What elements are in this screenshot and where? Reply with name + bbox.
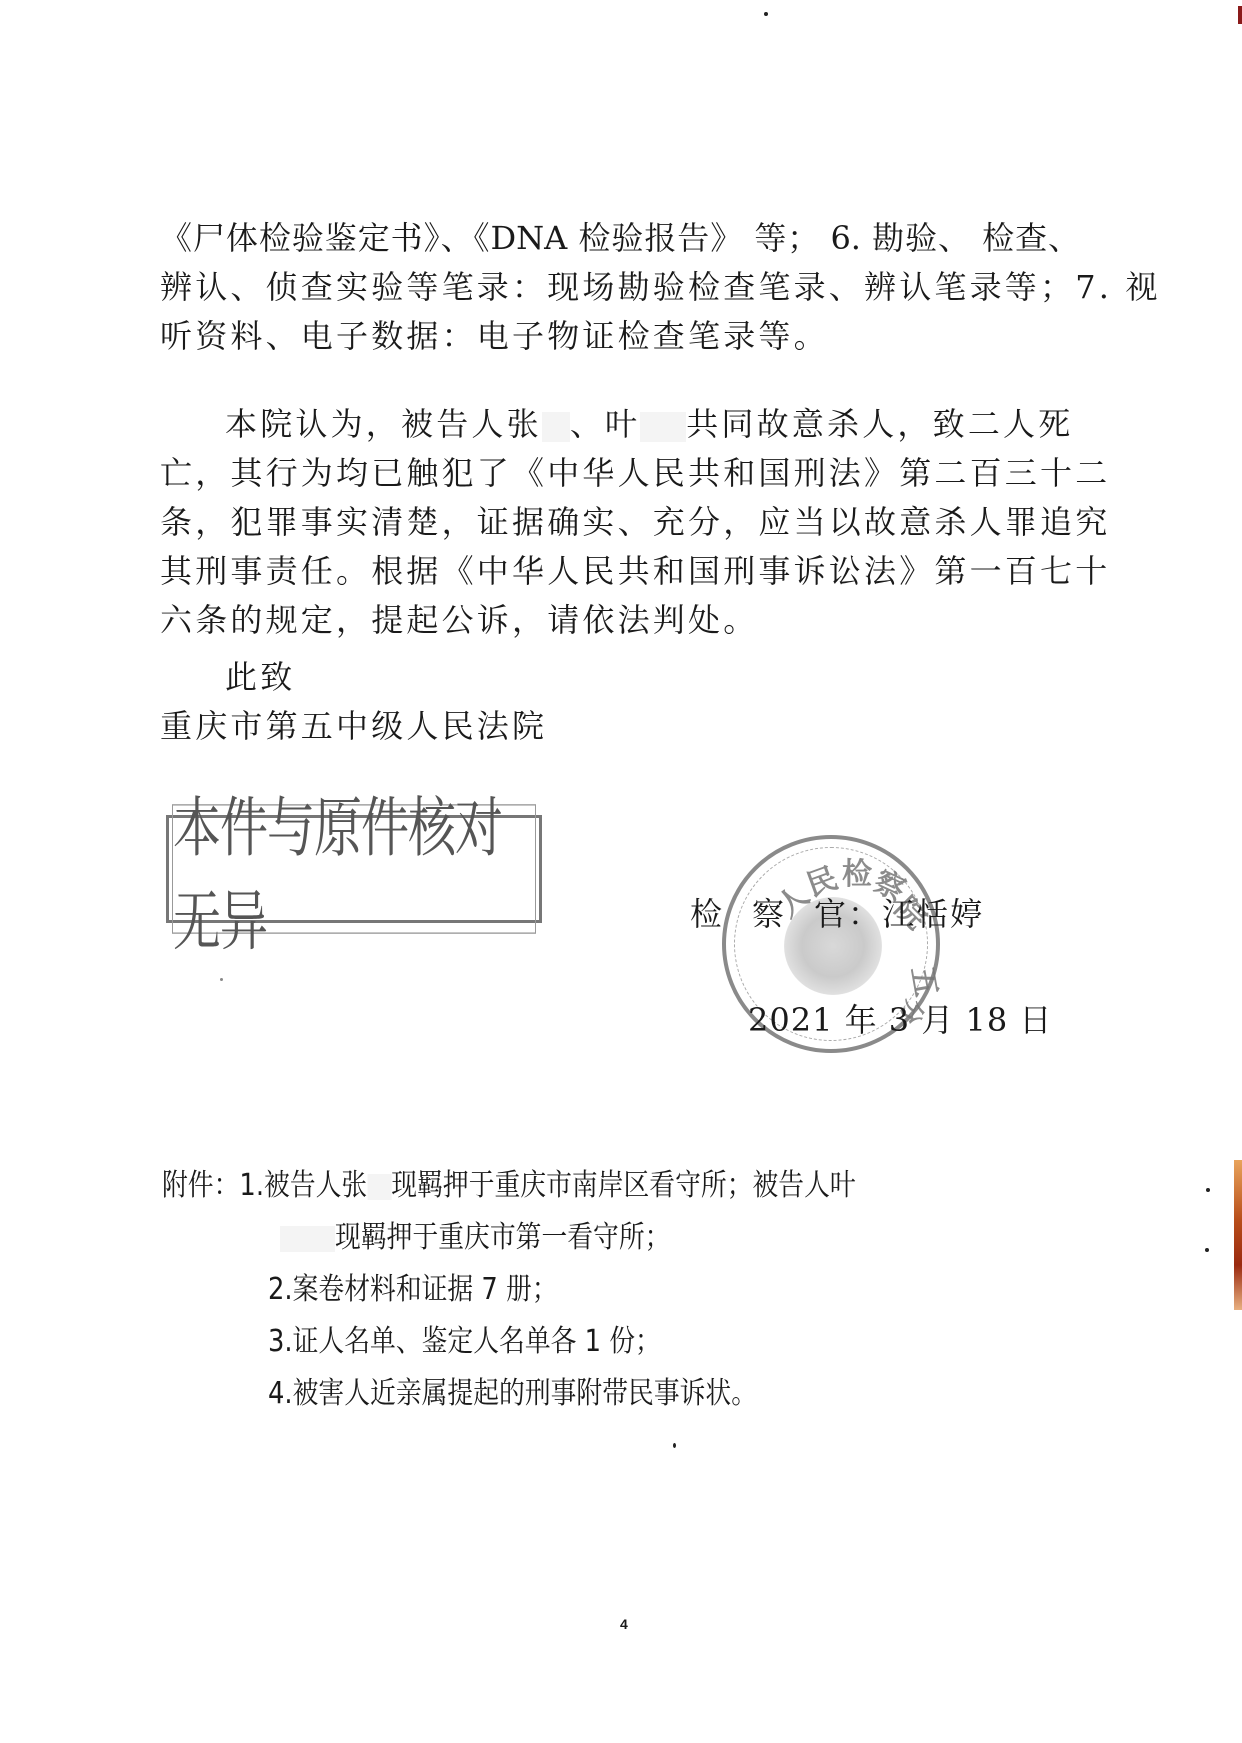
- text-run: 共同故意杀人，致二人死: [686, 405, 1073, 443]
- redaction-mark: [367, 1174, 391, 1200]
- text-run: 、叶: [570, 405, 640, 443]
- text-run: 本院认为，被告人张: [225, 405, 542, 443]
- prosecutor-signature: 检察官：江恬婷: [690, 890, 984, 939]
- attachment-item-1-line-2: 现羁押于重庆市第一看守所；: [280, 1212, 670, 1264]
- salutation: 此致: [225, 653, 1145, 702]
- conclusion-line-2: 亡，其行为均已触犯了《中华人民共和国刑法》第二百三十二: [160, 449, 1080, 498]
- copy-verification-stamp: 本件与原件核对无异: [166, 815, 542, 923]
- page-number: 4: [620, 1616, 628, 1632]
- attachment-item-1-line-1: 附件：1.被告人张现羁押于重庆市南岸区看守所；被告人叶: [162, 1160, 856, 1212]
- scan-speck: [673, 1443, 676, 1448]
- evidence-line-2: 辨认、侦查实验等笔录：现场勘验检查笔录、辨认笔录等；7. 视: [160, 263, 1080, 312]
- text-run: 6.: [830, 219, 861, 257]
- text-run: 现羁押于重庆市第一看守所；: [335, 1220, 670, 1255]
- conclusion-line-4: 其刑事责任。根据《中华人民共和国刑事诉讼法》第一百七十: [160, 547, 1080, 596]
- attachment-item-4: 4.被害人近亲属提起的刑事附带民事诉状。: [268, 1368, 757, 1420]
- evidence-line-3: 听资料、电子数据：电子物证检查笔录等。: [160, 312, 1080, 361]
- text-run: 《尸体检验鉴定书》、《DNA: [160, 219, 567, 257]
- signer-title-char: 察: [752, 895, 786, 933]
- scan-edge-artifact: [1234, 1160, 1242, 1310]
- seal-char: 检: [842, 849, 872, 893]
- text-run: 检验报告》: [578, 219, 743, 257]
- scan-speck: [1206, 1188, 1210, 1192]
- copy-stamp-text: 本件与原件核对无异: [172, 804, 536, 934]
- conclusion-line-3: 条，犯罪事实清楚，证据确实、充分，应当以故意杀人罪追究: [160, 498, 1080, 547]
- redaction-mark: [640, 412, 686, 442]
- text-run: 1.被告人张: [239, 1168, 367, 1203]
- redaction-mark: [280, 1226, 335, 1252]
- attachments-label: 附件：: [162, 1168, 239, 1203]
- redaction-mark: [542, 412, 570, 442]
- document-date: 2021 年 3 月 18 日: [748, 996, 1052, 1045]
- attachment-item-3: 3.证人名单、鉴定人名单各 1 份；: [268, 1316, 661, 1368]
- conclusion-line-1: 本院认为，被告人张、叶共同故意杀人，致二人死: [225, 400, 1080, 449]
- scan-speck: [1205, 1248, 1209, 1252]
- text-run: 检查、: [982, 219, 1080, 257]
- scan-speck: [220, 978, 223, 981]
- scan-speck: [764, 12, 768, 16]
- seal-char: 五: [903, 962, 952, 999]
- attachment-item-2: 2.案卷材料和证据 7 册；: [268, 1264, 558, 1316]
- signer-name: 江恬婷: [882, 895, 984, 933]
- document-page: 《尸体检验鉴定书》、《DNA 检验报告》 等； 6. 勘验、 检查、 辨认、侦查…: [0, 0, 1242, 1743]
- signer-colon: ：: [848, 895, 882, 933]
- text-run: 现羁押于重庆市南岸区看守所；被告人叶: [391, 1168, 855, 1203]
- signer-title-char: 检: [690, 895, 724, 933]
- evidence-line-1: 《尸体检验鉴定书》、《DNA 检验报告》 等； 6. 勘验、 检查、: [160, 214, 1080, 263]
- signer-title-char: 官: [814, 895, 848, 933]
- conclusion-line-5: 六条的规定，提起公诉，请依法判处。: [160, 596, 1080, 645]
- scan-edge-artifact: [1238, 6, 1242, 24]
- text-run: 勘验、: [872, 219, 971, 257]
- text-run: 等；: [754, 219, 819, 257]
- addressee: 重庆市第五中级人民法院: [160, 702, 1080, 751]
